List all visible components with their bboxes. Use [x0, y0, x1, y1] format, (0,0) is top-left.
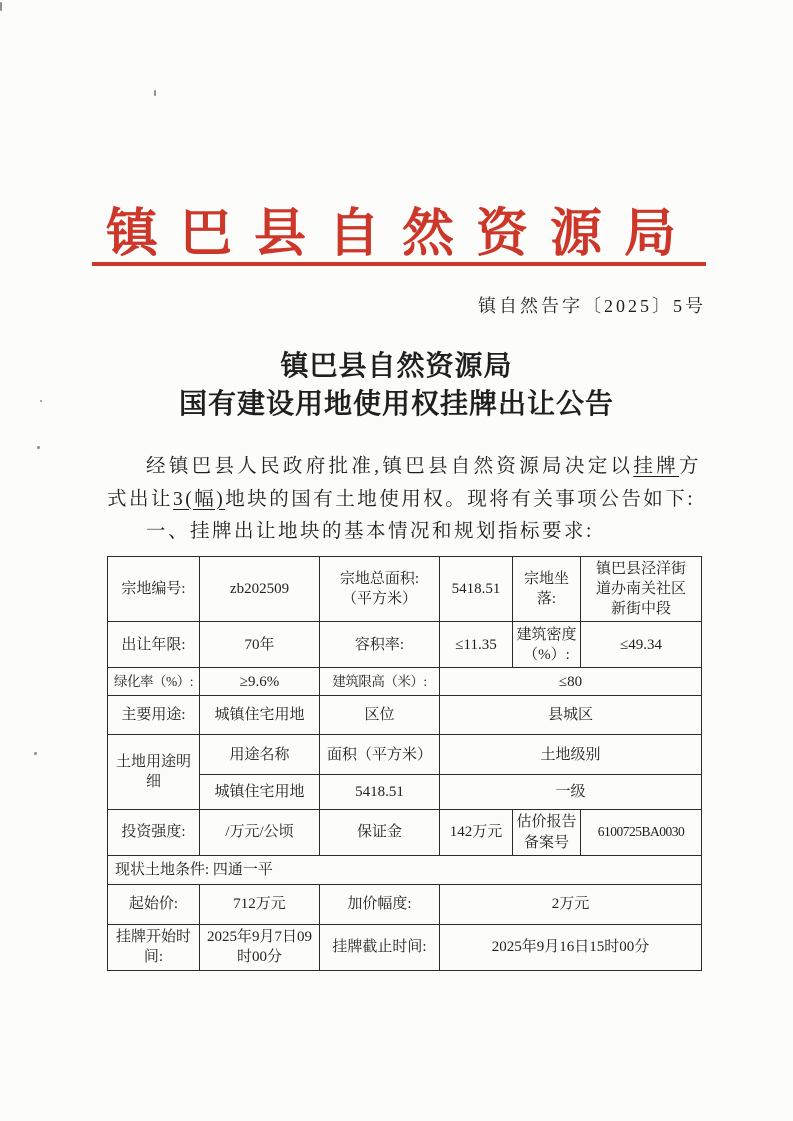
land-grade-header: 土地级别: [440, 735, 702, 775]
table-row: 投资强度: /万元/公顷 保证金 142万元 估价报告备案号 6100725BA…: [108, 810, 702, 856]
table-row: 绿化率（%）: ≥9.6% 建筑限高（米）: ≤80: [108, 668, 702, 696]
investment-intensity-value: /万元/公顷: [200, 810, 320, 856]
scanned-document-page: 镇巴县自然资源局 镇自然告字〔2025〕5号 镇巴县自然资源局 国有建设用地使用…: [0, 0, 793, 1121]
building-density-label: 建筑密度（%）:: [513, 622, 581, 668]
main-use-value: 城镇住宅用地: [200, 696, 320, 735]
increment-label: 加价幅度:: [320, 884, 440, 924]
location-value-line3: 新街中段: [611, 601, 671, 617]
intro-text-pre: 经镇巴县人民政府批准,镇巴县自然资源局决定以: [146, 456, 633, 477]
location-label: 宗地坐落:: [513, 556, 581, 622]
listing-end-value: 2025年9月16日15时00分: [440, 924, 702, 970]
location-value: 镇巴县泾洋街道办南关社区新街中段: [581, 556, 702, 622]
building-density-label-line1: 建筑密度: [516, 627, 576, 643]
investment-intensity-label: 投资强度:: [108, 810, 200, 856]
listing-start-value-line2: 时00分: [237, 949, 282, 965]
appraisal-record-label-line2: 备案号: [524, 835, 569, 851]
district-value: 县城区: [440, 696, 702, 735]
table-row: 宗地编号: zb202509 宗地总面积:（平方米） 5418.51 宗地坐落:…: [108, 556, 702, 622]
transfer-term-label: 出让年限:: [108, 622, 200, 668]
total-area-value: 5418.51: [440, 556, 513, 622]
total-area-label: 宗地总面积:（平方米）: [320, 556, 440, 622]
underlined-term-listing: 挂牌: [633, 456, 679, 477]
table-row: 主要用途: 城镇住宅用地 区位 县城区: [108, 696, 702, 735]
table-row: 出让年限: 70年 容积率: ≤11.35 建筑密度（%）: ≤49.34: [108, 622, 702, 668]
document-body: 经镇巴县人民政府批准,镇巴县自然资源局决定以挂牌方式出让3(幅)地块的国有土地使…: [107, 451, 701, 971]
use-detail-label: 土地用途明细: [108, 735, 200, 810]
land-grade-value: 一级: [440, 775, 702, 810]
parcel-number-value: zb202509: [200, 556, 320, 622]
plot-ratio-label: 容积率:: [320, 622, 440, 668]
location-value-line2: 道办南关社区: [596, 581, 686, 597]
section-heading: 一、挂牌出让地块的基本情况和规划指标要求:: [107, 516, 701, 549]
listing-start-value-line1: 2025年9月7日09: [207, 929, 312, 945]
appraisal-record-label-line1: 估价报告: [516, 814, 576, 830]
start-price-label: 起始价:: [108, 884, 200, 924]
land-info-table: 宗地编号: zb202509 宗地总面积:（平方米） 5418.51 宗地坐落:…: [107, 556, 702, 971]
height-limit-label: 建筑限高（米）:: [320, 668, 440, 696]
height-limit-value: ≤80: [440, 668, 702, 696]
current-land-condition: 现状土地条件: 四通一平: [108, 855, 702, 884]
listing-start-value: 2025年9月7日09时00分: [200, 924, 320, 970]
red-divider-rule: [92, 262, 706, 266]
scan-speck: [37, 446, 40, 449]
use-area-value: 5418.51: [320, 775, 440, 810]
document-number: 镇自然告字〔2025〕5号: [0, 292, 706, 318]
use-name-value: 城镇住宅用地: [200, 775, 320, 810]
listing-start-label: 挂牌开始时间:: [108, 924, 200, 970]
listing-start-label-line2: 间:: [144, 949, 163, 965]
use-name-header: 用途名称: [200, 735, 320, 775]
start-price-value: 712万元: [200, 884, 320, 924]
intro-paragraph: 经镇巴县人民政府批准,镇巴县自然资源局决定以挂牌方式出让3(幅)地块的国有土地使…: [107, 451, 701, 516]
announcement-title: 镇巴县自然资源局 国有建设用地使用权挂牌出让公告: [0, 348, 793, 424]
total-area-label-line2: （平方米）: [342, 591, 417, 607]
deposit-value: 142万元: [440, 810, 513, 856]
underlined-term-parcel-count: 3(幅): [173, 489, 225, 510]
appraisal-record-value: 6100725BA0030: [581, 810, 702, 856]
table-row: 起始价: 712万元 加价幅度: 2万元: [108, 884, 702, 924]
listing-start-label-line1: 挂牌开始时: [116, 929, 191, 945]
location-label-line1: 宗地坐: [524, 571, 569, 587]
plot-ratio-value: ≤11.35: [440, 622, 513, 668]
main-use-label: 主要用途:: [108, 696, 200, 735]
greening-rate-label: 绿化率（%）:: [108, 668, 200, 696]
announcement-title-line1: 镇巴县自然资源局: [0, 348, 793, 386]
district-label: 区位: [320, 696, 440, 735]
greening-rate-value: ≥9.6%: [200, 668, 320, 696]
agency-header-title: 镇巴县自然资源局: [106, 191, 698, 266]
appraisal-record-label: 估价报告备案号: [513, 810, 581, 856]
scan-speck: [154, 90, 156, 96]
parcel-number-label: 宗地编号:: [108, 556, 200, 622]
table-row: 挂牌开始时间: 2025年9月7日09时00分 挂牌截止时间: 2025年9月1…: [108, 924, 702, 970]
announcement-title-line2: 国有建设用地使用权挂牌出让公告: [0, 386, 793, 424]
building-density-value: ≤49.34: [581, 622, 702, 668]
transfer-term-value: 70年: [200, 622, 320, 668]
use-area-header: 面积（平方米）: [320, 735, 440, 775]
table-row: 土地用途明细 用途名称 面积（平方米） 土地级别: [108, 735, 702, 775]
intro-text-post: 地块的国有土地使用权。现将有关事项公告如下:: [225, 489, 695, 510]
table-row: 现状土地条件: 四通一平: [108, 855, 702, 884]
scan-speck: [0, 2, 2, 11]
building-density-label-line2: （%）:: [523, 647, 570, 663]
total-area-label-line1: 宗地总面积:: [340, 571, 419, 587]
location-value-line1: 镇巴县泾洋街: [596, 561, 686, 577]
deposit-label: 保证金: [320, 810, 440, 856]
increment-value: 2万元: [440, 884, 702, 924]
scan-speck: [34, 752, 37, 755]
location-label-line2: 落:: [537, 591, 556, 607]
listing-end-label: 挂牌截止时间:: [320, 924, 440, 970]
